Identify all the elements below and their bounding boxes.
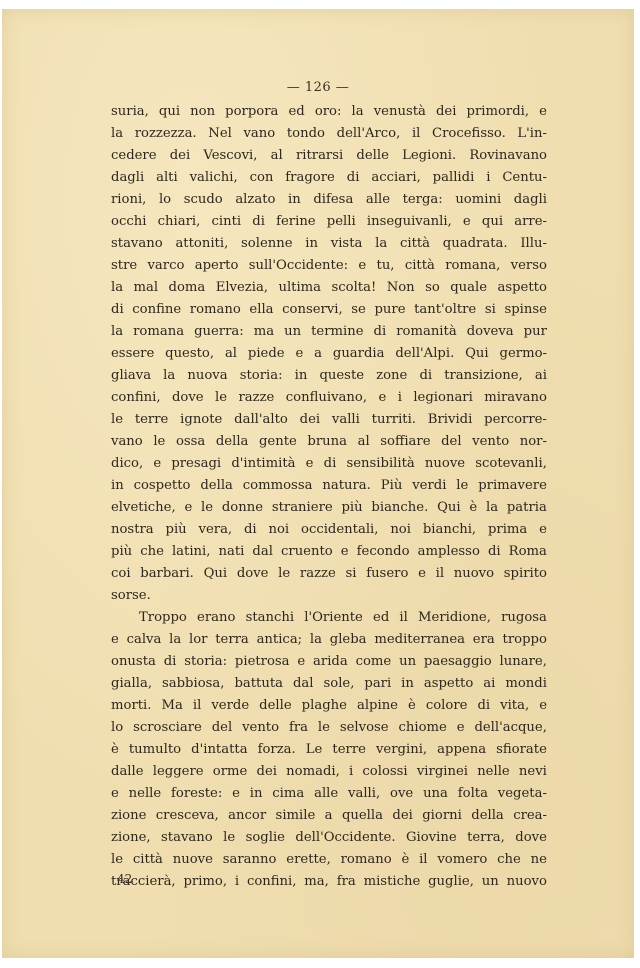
text-line: cederedeiVescovi,alritrarsidelleLegioni.… xyxy=(111,145,547,167)
text-line: leterreignotedall'altodeivalliturriti.Br… xyxy=(111,409,547,431)
text-line: diconfineromanoellaconservi,sepuretant'o… xyxy=(111,299,547,321)
text-line: piùchelatini,natidalcruentoefecondoample… xyxy=(111,541,547,563)
text-line: stavanoattoniti,solenneinvistalacittàqua… xyxy=(111,233,547,255)
text-line: ecalvalalorterraantica;laglebamediterran… xyxy=(111,629,547,651)
paragraph-1: suria,quinonporporaedoro:lavenustàdeipri… xyxy=(111,101,547,607)
paragraph-2: Troppoeranostanchil'OrienteedilMeridione… xyxy=(111,607,547,893)
text-line: zionecresceva,ancorsimileaquelladeigiorn… xyxy=(111,805,547,827)
text-line: Troppoeranostanchil'OrienteedilMeridione… xyxy=(111,607,547,629)
text-line: laromanaguerra:maunterminediromanitàdove… xyxy=(111,321,547,343)
text-line: enelleforeste:eincimaallevalli,oveunafol… xyxy=(111,783,547,805)
text-line: loscrosciaredelventofraleselvosechiomeed… xyxy=(111,717,547,739)
text-line: strevarcoapertosull'Occidente:etu,cittàr… xyxy=(111,255,547,277)
text-line: rioni,loscudoalzatoindifesaalleterga:uom… xyxy=(111,189,547,211)
page-number-header: — 126 — xyxy=(2,80,634,95)
text-line: zione,stavanolesogliedell'Occidente.Giov… xyxy=(111,827,547,849)
text-line: traccierà,primo,iconfini,ma,framisticheg… xyxy=(111,871,547,893)
text-line: suria,quinonporporaedoro:lavenustàdeipri… xyxy=(111,101,547,123)
text-line: incospettodellacommossanatura.Piùverdile… xyxy=(111,475,547,497)
text-line: lecittànuovesarannoerette,romanoèilvomer… xyxy=(111,849,547,871)
text-line: dico,epresagid'intimitàedisensibilitànuo… xyxy=(111,453,547,475)
text-line: coibarbari.Quidovelerazzesifuseroeilnuov… xyxy=(111,563,547,585)
text-line: ètumultod'intattaforza.Leterrevergini,ap… xyxy=(111,739,547,761)
signature-mark: 42 xyxy=(117,872,132,886)
text-line: gliavalanuovastoria:inquestezoneditransi… xyxy=(111,365,547,387)
text-line: lamaldomaElvezia,ultimascolta!Nonsoquale… xyxy=(111,277,547,299)
text-line: sorse. xyxy=(111,585,547,607)
text-line: confini,dovelerazzeconfluivano,eilegiona… xyxy=(111,387,547,409)
text-line: daglialtivalichi,confragorediacciari,pal… xyxy=(111,167,547,189)
book-page: — 126 — suria,quinonporporaedoro:lavenus… xyxy=(2,9,634,958)
text-line: larozzezza.Nelvanotondodell'Arco,ilCroce… xyxy=(111,123,547,145)
text-line: onustadistoria:pietrosaearidacomeunpaesa… xyxy=(111,651,547,673)
text-line: nostrapiùvera,dinoioccidentali,noibianch… xyxy=(111,519,547,541)
text-line: esserequesto,alpiedeeaguardiadell'Alpi.Q… xyxy=(111,343,547,365)
text-line: vanoleossadellagentebrunaalsoffiaredelve… xyxy=(111,431,547,453)
text-line: occhichiari,cintidiferinepelliinseguivan… xyxy=(111,211,547,233)
body-text: suria,quinonporporaedoro:lavenustàdeipri… xyxy=(111,101,547,893)
text-line: morti.Mailverdedelleplaghealpineècolored… xyxy=(111,695,547,717)
text-line: gialla,sabbiosa,battutadalsole,pariinasp… xyxy=(111,673,547,695)
text-line: dalleleggereormedeinomadi,icolossivirgin… xyxy=(111,761,547,783)
text-line: elvetiche,eledonnestranierepiùbianche.Qu… xyxy=(111,497,547,519)
